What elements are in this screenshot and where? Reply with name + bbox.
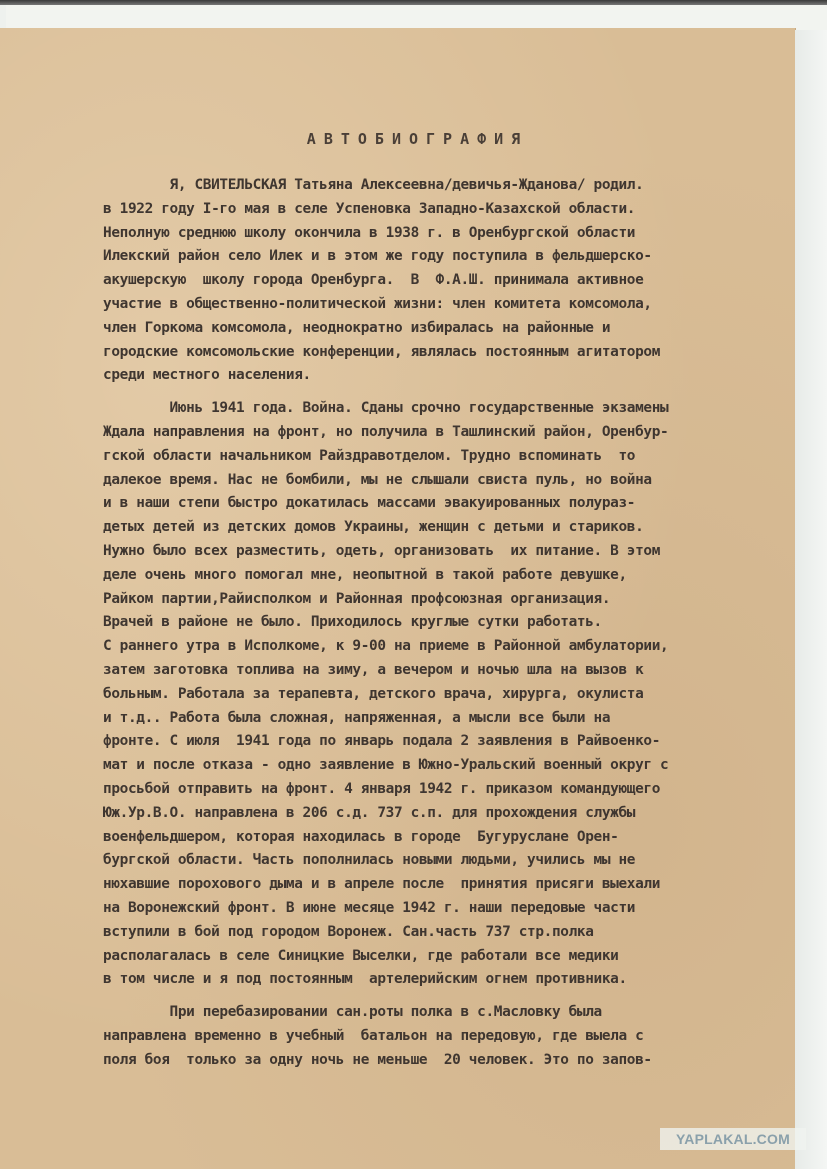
text-line: Я, СВИТЕЛЬСКАЯ Татьяна Алексеевна/девичь…: [103, 174, 803, 198]
text-line: гской области начальником Райздравотдело…: [103, 445, 803, 469]
text-line: деле очень много помогал мне, неопытной …: [103, 564, 803, 588]
text-line: Юж.Ур.В.О. направлена в 206 с.д. 737 с.п…: [103, 802, 803, 826]
text-line: больным. Работала за терапевта, детского…: [103, 683, 803, 707]
text-line: нюхавшие порохового дыма и в апреле посл…: [103, 873, 803, 897]
text-line: бургской области. Часть пополнилась новы…: [103, 849, 803, 873]
paragraph: Я, СВИТЕЛЬСКАЯ Татьяна Алексеевна/девичь…: [103, 174, 803, 388]
text-line: в том числе и я под постоянным артелерий…: [103, 968, 803, 992]
text-line: Июнь 1941 года. Война. Сданы срочно госу…: [103, 397, 803, 421]
text-line: затем заготовка топлива на зиму, а вечер…: [103, 659, 803, 683]
text-line: вступили в бой под городом Воронеж. Сан.…: [103, 921, 803, 945]
text-line: располагалась в селе Синицкие Выселки, г…: [103, 945, 803, 969]
text-line: член Горкома комсомола, неоднократно изб…: [103, 317, 803, 341]
text-line: С раннего утра в Исполкоме, к 9-00 на пр…: [103, 635, 803, 659]
document-body: Я, СВИТЕЛЬСКАЯ Татьяна Алексеевна/девичь…: [103, 174, 803, 1072]
text-line: акушерскую школу города Оренбурга. В Ф.А…: [103, 269, 803, 293]
text-line: Илекский район село Илек и в этом же год…: [103, 245, 803, 269]
text-line: и т.д.. Работа была сложная, напряженная…: [103, 707, 803, 731]
text-line: Райком партии,Райисполком и Районная про…: [103, 588, 803, 612]
document-title: АВТОБИОГРАФИЯ: [0, 130, 795, 148]
text-line: далекое время. Нас не бомбили, мы не слы…: [103, 469, 803, 493]
text-line: участие в общественно-политической жизни…: [103, 293, 803, 317]
text-line: в 1922 году I-го мая в селе Успеновка За…: [103, 198, 803, 222]
scanner-strip: [6, 5, 827, 30]
paragraph-gap: [103, 388, 803, 397]
text-line: военфельдшером, которая находилась в гор…: [103, 826, 803, 850]
text-line: Ждала направления на фронт, но получила …: [103, 421, 803, 445]
text-line: поля боя только за одну ночь не меньше 2…: [103, 1049, 803, 1073]
text-line: просьбой отправить на фронт. 4 января 19…: [103, 778, 803, 802]
text-line: на Воронежский фронт. В июне месяце 1942…: [103, 897, 803, 921]
text-line: При перебазировании сан.роты полка в с.М…: [103, 1001, 803, 1025]
paragraph: Июнь 1941 года. Война. Сданы срочно госу…: [103, 397, 803, 992]
text-line: Врачей в районе не было. Приходилось кру…: [103, 611, 803, 635]
text-line: направлена временно в учебный батальон н…: [103, 1025, 803, 1049]
text-line: Нужно было всех разместить, одеть, орган…: [103, 540, 803, 564]
paragraph: При перебазировании сан.роты полка в с.М…: [103, 1001, 803, 1072]
watermark: YAPLAKAL.COM: [660, 1128, 806, 1150]
text-line: фронте. С июля 1941 года по январь подал…: [103, 730, 803, 754]
text-line: мат и после отказа - одно заявление в Юж…: [103, 754, 803, 778]
text-line: среди местного населения.: [103, 364, 803, 388]
text-line: и в наши степи быстро докатилась массами…: [103, 492, 803, 516]
text-line: городские комсомольские конференции, явл…: [103, 341, 803, 365]
text-line: детых детей из детских домов Украины, же…: [103, 516, 803, 540]
text-line: Неполную среднюю школу окончила в 1938 г…: [103, 222, 803, 246]
paragraph-gap: [103, 992, 803, 1001]
